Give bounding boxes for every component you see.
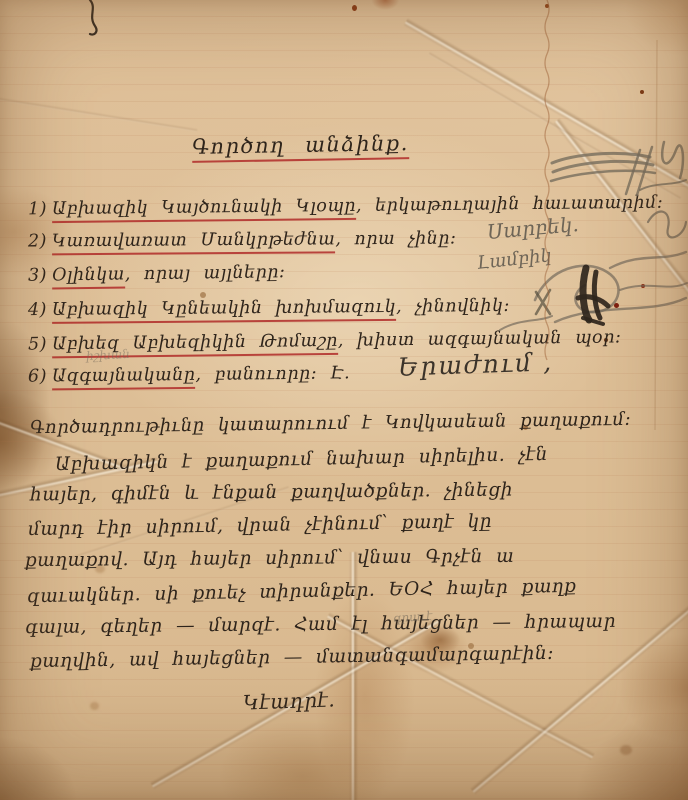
setting-line: Գործադրութիւնը կատարուում է Կովկասեան քա… bbox=[30, 410, 631, 438]
document-title: Գործող անձինք. bbox=[192, 131, 409, 163]
perforation-line bbox=[545, 0, 549, 360]
handwritten-line: գալա, գեղեր — մարզէ. Համ էլ հայեցներ — հ… bbox=[25, 612, 616, 639]
document-title-row: Գործող անձինք. bbox=[192, 132, 409, 159]
rust-speck bbox=[352, 5, 357, 11]
item-number: 6) bbox=[28, 367, 52, 387]
rust-speck bbox=[545, 4, 549, 8]
character-name: Կառավառատ Մանկրթեժնա bbox=[52, 229, 335, 255]
crease-line bbox=[0, 96, 197, 132]
fox-spot bbox=[200, 292, 206, 298]
item-number: 2) bbox=[28, 232, 52, 251]
cast-list-item: 4)Աբխազիկ Կընեակին խոխմազուկ, չինովնիկ։ bbox=[28, 297, 510, 320]
pencil-annotation-dark: Երաժում , bbox=[398, 347, 554, 381]
handwritten-line: քաղվին, ավ հայեցներ — մատանգամարգարէին։ bbox=[30, 644, 554, 673]
crease-line bbox=[404, 18, 688, 196]
character-description: , չինովնիկ։ bbox=[396, 296, 510, 317]
character-description: , երկաթուղային հաւատարիմ։ bbox=[356, 193, 664, 216]
character-name: Աբխազիկ Կընեակին խոխմազուկ bbox=[52, 297, 396, 324]
handwritten-line: քաղաքով. Այդ հայեր սիրում՝ վնաս Գրչէն ա bbox=[25, 547, 514, 572]
pencil-annotation: Սարբեկ. bbox=[486, 212, 579, 244]
manuscript-page: Գործող անձինք. 1)Աբխազիկ Կայծունակի Կլօպ… bbox=[0, 0, 688, 800]
character-name: Ազգայնականը bbox=[52, 365, 196, 391]
character-name: Օլինկա bbox=[52, 264, 125, 289]
item-number: 4) bbox=[28, 301, 52, 320]
rust-speck bbox=[640, 90, 644, 94]
fox-spot bbox=[620, 745, 632, 755]
paper-vignette bbox=[0, 0, 688, 800]
ink-blot-scribble bbox=[578, 268, 608, 324]
pencil-scribble-layer bbox=[0, 0, 688, 800]
cast-list-item: 6)Ազգայնականը, բանուորը։ Է. bbox=[28, 364, 350, 387]
character-description: , որայ այլները։ bbox=[125, 262, 286, 284]
fox-spot bbox=[90, 702, 99, 710]
item-number: 1) bbox=[28, 200, 52, 220]
character-description: , բանուորը։ Է. bbox=[195, 363, 350, 385]
crease-line bbox=[429, 52, 682, 200]
rust-speck bbox=[614, 303, 619, 308]
page-edge-line bbox=[655, 40, 657, 430]
handwritten-line: հայեր, գիմէն և էնքան քաղվածքներ. չինեցի bbox=[30, 480, 513, 505]
pencil-annotation: Լամբիկ bbox=[476, 245, 553, 274]
pencil-annotation-faint: իշխան bbox=[86, 347, 131, 363]
item-number: 5) bbox=[28, 335, 52, 355]
cast-list-item: 3)Օլինկա, որայ այլները։ bbox=[28, 263, 286, 286]
pencil-annotation-faint: գրաւէ bbox=[393, 609, 433, 626]
handwritten-line: զաւակներ. սի քուեչ տիրանքեր. ԵՕՀ հայեր ք… bbox=[27, 577, 577, 608]
closing-word: Կէադրէ. bbox=[243, 688, 336, 713]
handwritten-line: մարդ էիր սիրում, վրան չէինում՝ քաղէ կը bbox=[28, 512, 492, 540]
ruled-lines bbox=[0, 0, 688, 800]
character-name: Աբխազիկ Կայծունակի Կլօպը bbox=[52, 196, 356, 223]
corner-ink-mark bbox=[90, 0, 96, 35]
item-number: 3) bbox=[28, 266, 52, 286]
character-description: , խիստ ազգայնական պօր։ bbox=[338, 327, 622, 350]
cast-list-item: 2)Կառավառատ Մանկրթեժնա, որա չինը։ bbox=[28, 230, 457, 252]
character-description: , որա չինը։ bbox=[335, 229, 456, 250]
rust-speck bbox=[641, 284, 645, 288]
handwritten-line: Աբխազիկն է քաղաքում նախար սիրելիս. չէն bbox=[55, 445, 548, 476]
